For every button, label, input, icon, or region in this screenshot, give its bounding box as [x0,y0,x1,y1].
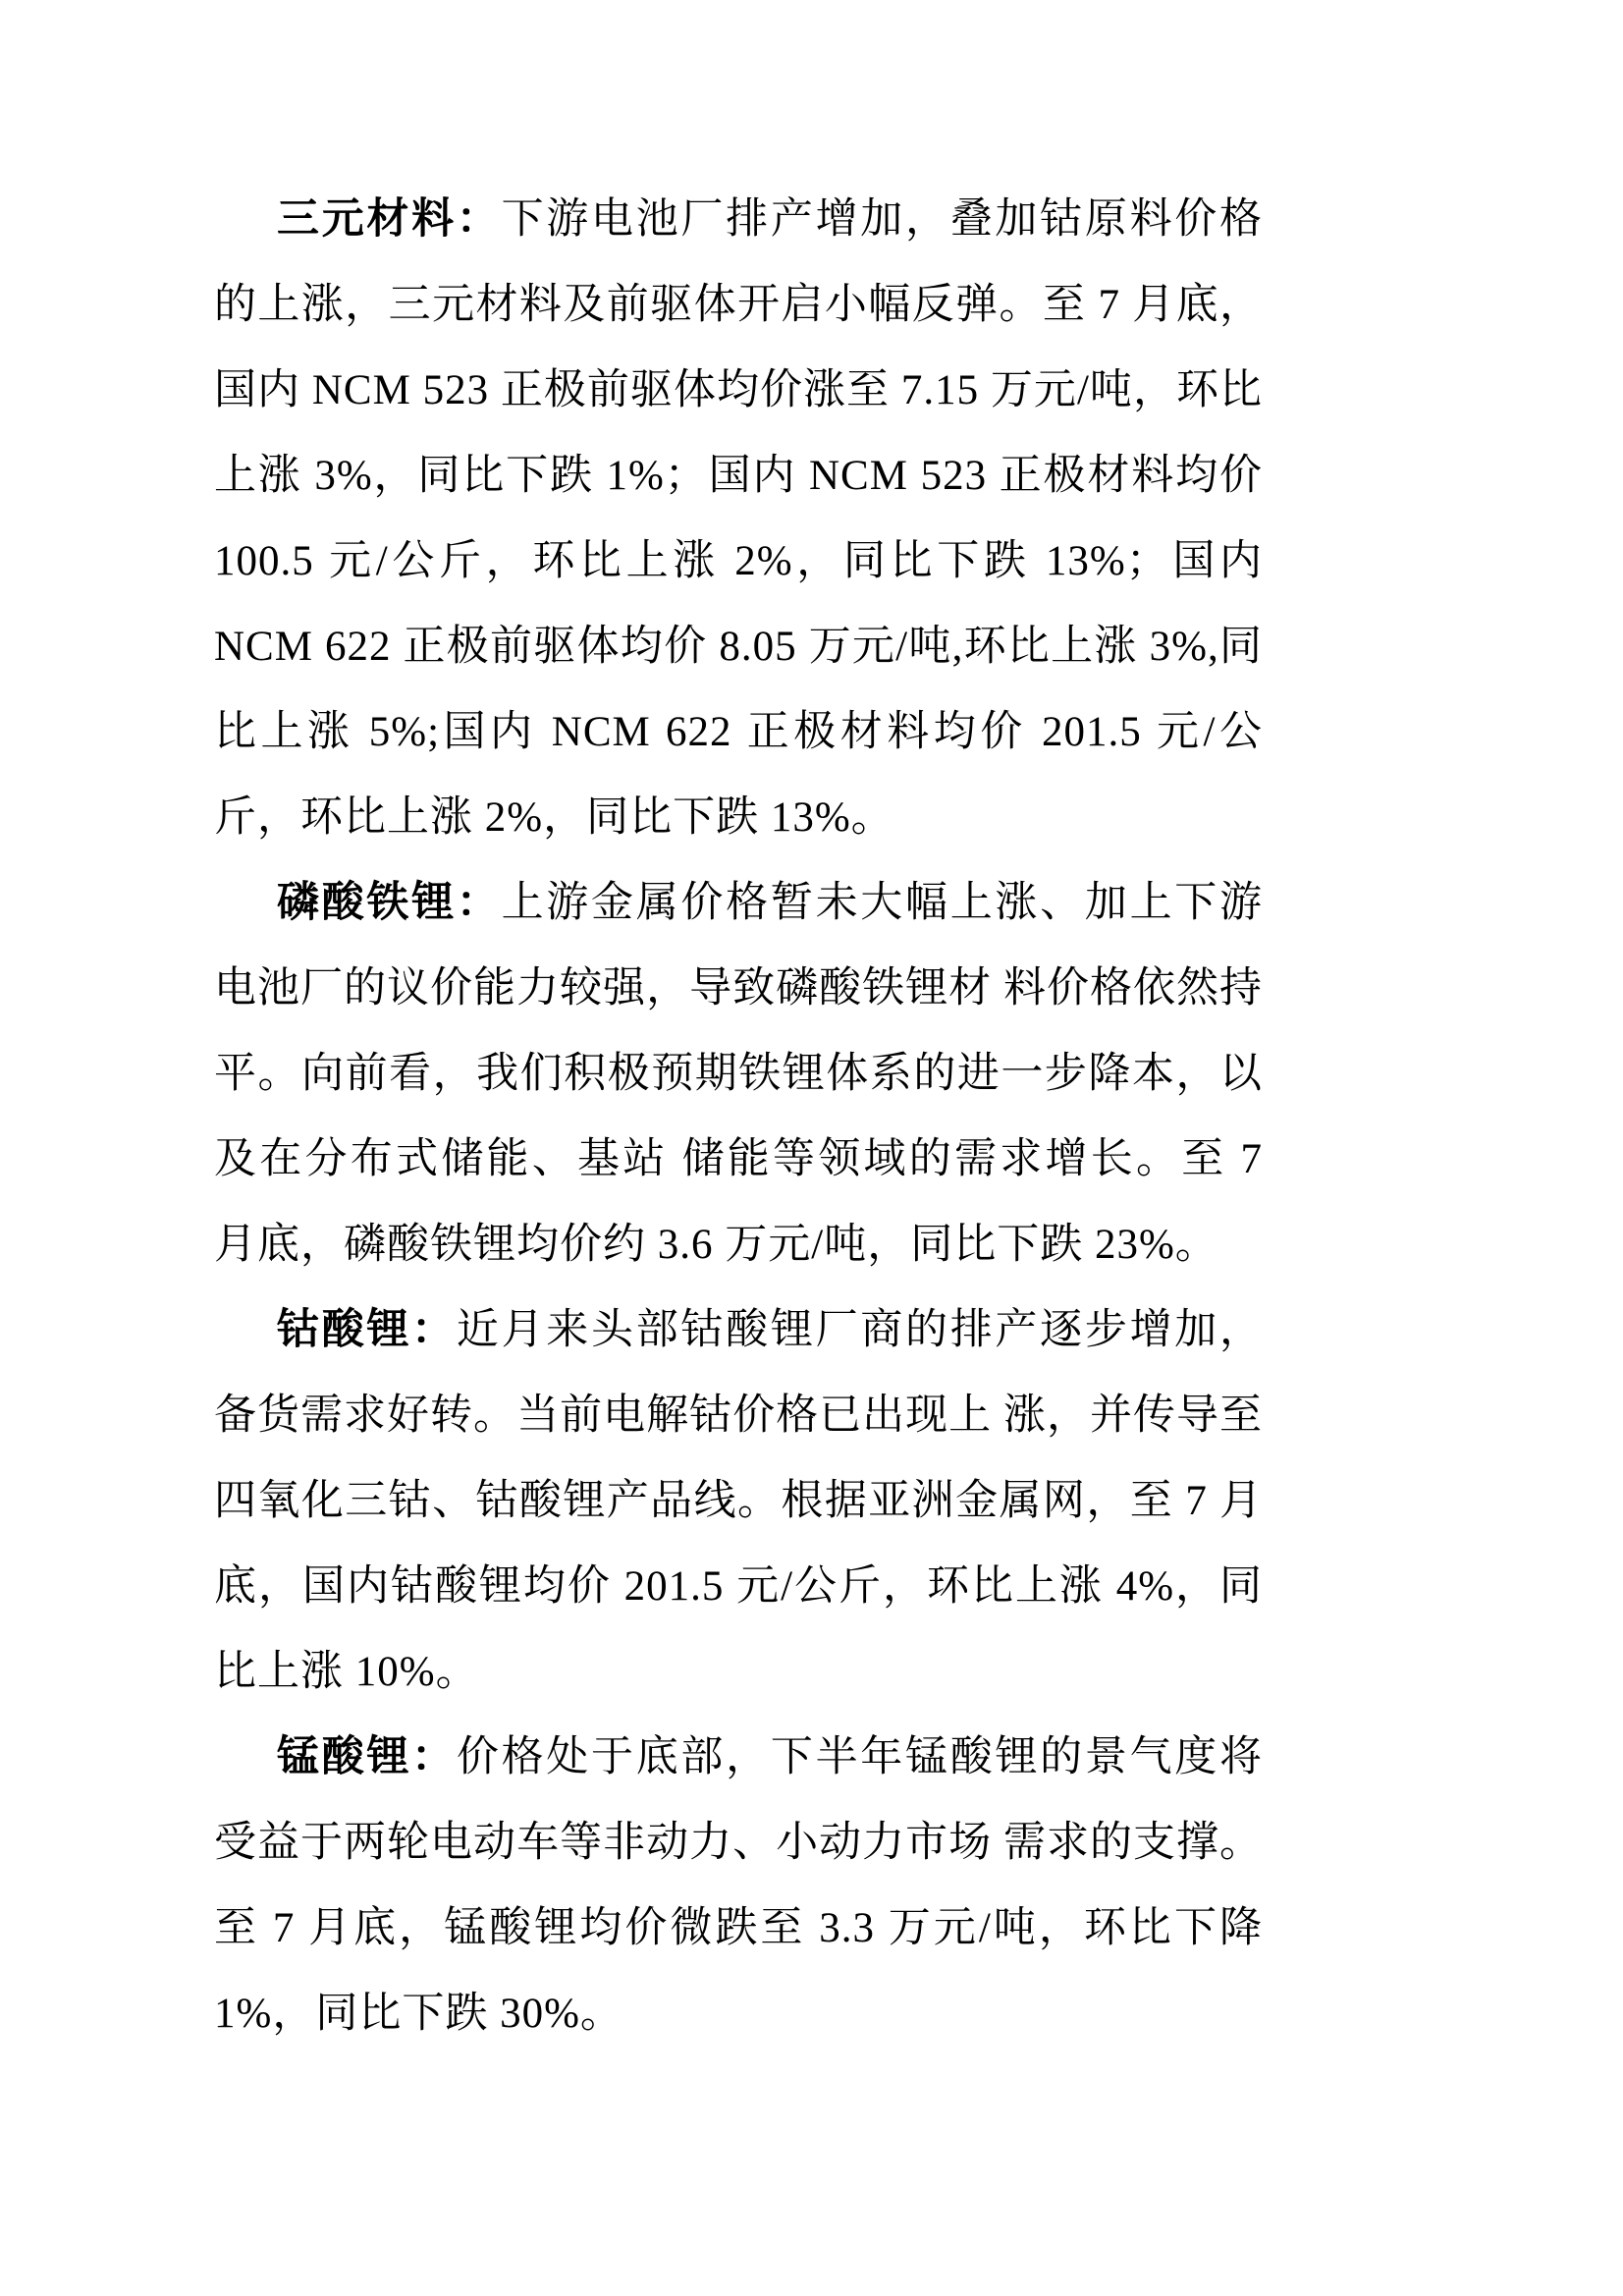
paragraph-lmo: 锰酸锂：价格处于底部，下半年锰酸锂的景气度将受益于两轮电动车等非动力、小动力市场… [214,1715,1263,2056]
paragraph-body: 上游金属价格暂未大幅上涨、加上下游电池厂的议价能力较强，导致磷酸铁锂材 料价格依… [214,880,1263,1268]
paragraph-lfp: 磷酸铁锂：上游金属价格暂未大幅上涨、加上下游电池厂的议价能力较强，导致磷酸铁锂材… [214,860,1263,1287]
paragraph-body: 近月来头部钴酸锂厂商的排产逐步增加，备货需求好转。当前电解钴价格已出现上 涨，并… [214,1307,1263,1695]
paragraph-heading: 锰酸锂： [277,1734,457,1780]
paragraph-heading: 三元材料： [277,196,502,243]
paragraph-ternary-material: 三元材料：下游电池厂排产增加，叠加钴原料价格的上涨，三元材料及前驱体开启小幅反弹… [214,177,1263,860]
paragraph-heading: 磷酸铁锂： [277,880,502,926]
paragraph-heading: 钴酸锂： [277,1307,457,1353]
paragraph-body: 下游电池厂排产增加，叠加钴原料价格的上涨，三元材料及前驱体开启小幅反弹。至 7 … [214,196,1263,841]
document-page: 三元材料：下游电池厂排产增加，叠加钴原料价格的上涨，三元材料及前驱体开启小幅反弹… [0,0,1623,2296]
document-body: 三元材料：下游电池厂排产增加，叠加钴原料价格的上涨，三元材料及前驱体开启小幅反弹… [214,177,1263,2056]
paragraph-lco: 钴酸锂：近月来头部钴酸锂厂商的排产逐步增加，备货需求好转。当前电解钴价格已出现上… [214,1287,1263,1715]
